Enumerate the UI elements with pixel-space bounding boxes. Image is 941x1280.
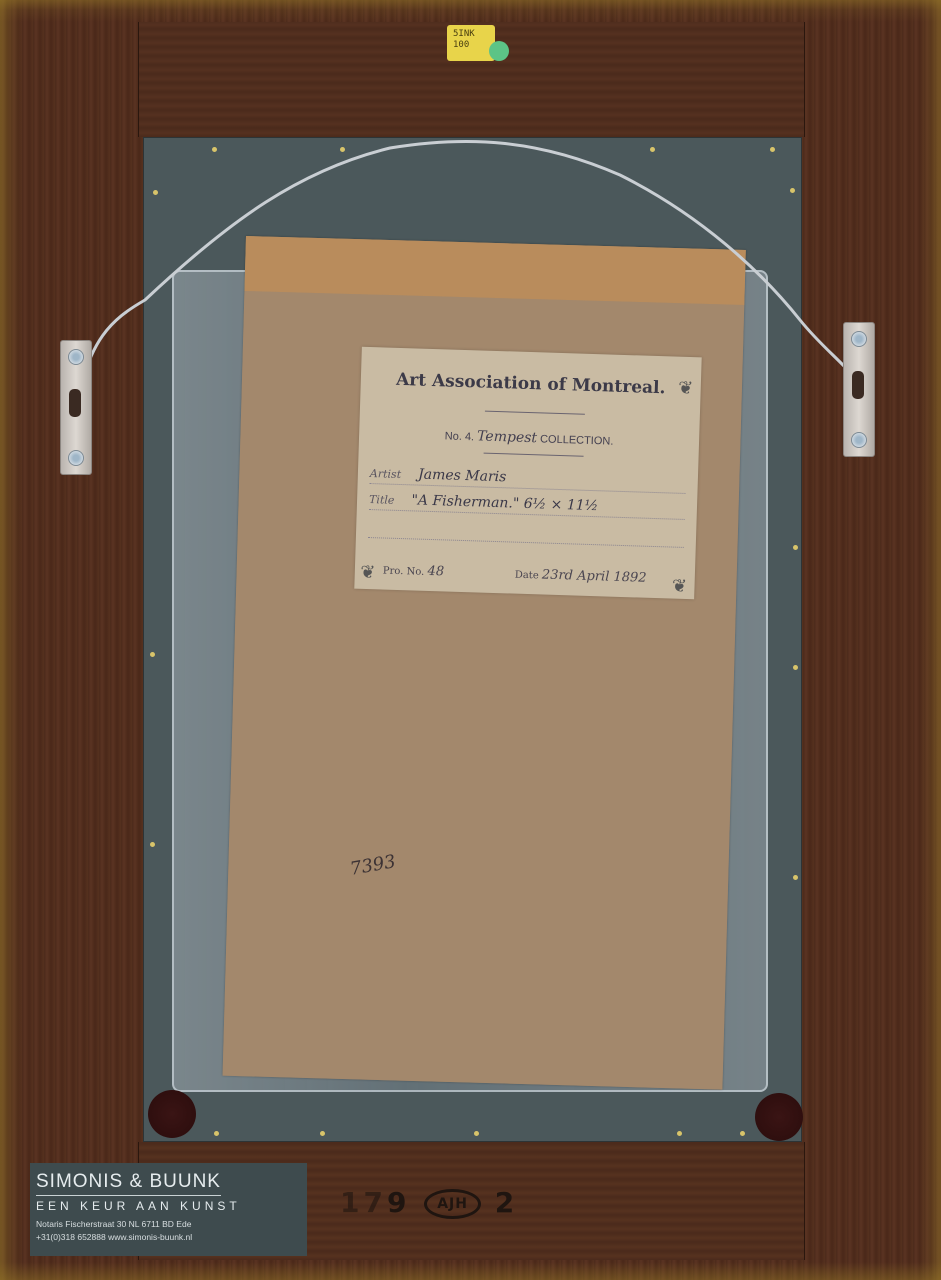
brand-address: Notaris Fischerstraat 30 NL 6711 BD Ede bbox=[36, 1219, 307, 1229]
screw-icon bbox=[68, 450, 84, 466]
stamp-suffix: 2 bbox=[495, 1186, 518, 1219]
date-value: 23rd April 1892 bbox=[542, 567, 647, 585]
brand-contact: +31(0)318 652888 www.simonis-buunk.nl bbox=[36, 1232, 307, 1242]
brass-nail bbox=[740, 1131, 745, 1136]
brand-name: SIMONIS & BUUNK bbox=[36, 1171, 221, 1196]
label-blank-row bbox=[368, 519, 684, 548]
hanging-wire bbox=[0, 0, 941, 500]
brass-nail bbox=[214, 1131, 219, 1136]
brass-nail bbox=[320, 1131, 325, 1136]
label-date: Date 23rd April 1892 bbox=[515, 567, 647, 586]
screw-icon bbox=[68, 349, 84, 365]
d-ring-hanger-left bbox=[60, 340, 92, 475]
screw-icon bbox=[851, 331, 867, 347]
pro-no-key: Pro. No. bbox=[383, 565, 425, 577]
stamp-digit: 9 bbox=[387, 1186, 410, 1219]
brass-nail bbox=[793, 665, 798, 670]
date-key: Date bbox=[515, 570, 539, 582]
stamp-prefix: 17 bbox=[340, 1186, 387, 1219]
felt-bumper-right bbox=[755, 1093, 803, 1141]
hanger-slot bbox=[852, 371, 864, 399]
brass-nail bbox=[793, 875, 798, 880]
screw-icon bbox=[851, 432, 867, 448]
ornament-icon: ❦ bbox=[356, 561, 379, 584]
brass-nail bbox=[150, 652, 155, 657]
d-ring-hanger-right bbox=[843, 322, 875, 457]
brass-nail bbox=[474, 1131, 479, 1136]
label-pro-no: Pro. No. 48 bbox=[383, 562, 445, 579]
felt-bumper-left bbox=[148, 1090, 196, 1138]
brass-nail bbox=[677, 1131, 682, 1136]
hanger-slot bbox=[69, 389, 81, 417]
stamp-oval-initials: AJH bbox=[424, 1189, 481, 1219]
brass-nail bbox=[793, 545, 798, 550]
pro-no-value: 48 bbox=[427, 564, 444, 580]
frame-stamp: 179 AJH 2 bbox=[340, 1186, 518, 1219]
brand-tagline: EEN KEUR AAN KUNST bbox=[36, 1199, 307, 1213]
ornament-icon: ❦ bbox=[668, 574, 691, 597]
brass-nail bbox=[150, 842, 155, 847]
dealer-watermark: SIMONIS & BUUNK EEN KEUR AAN KUNST Notar… bbox=[30, 1163, 307, 1256]
